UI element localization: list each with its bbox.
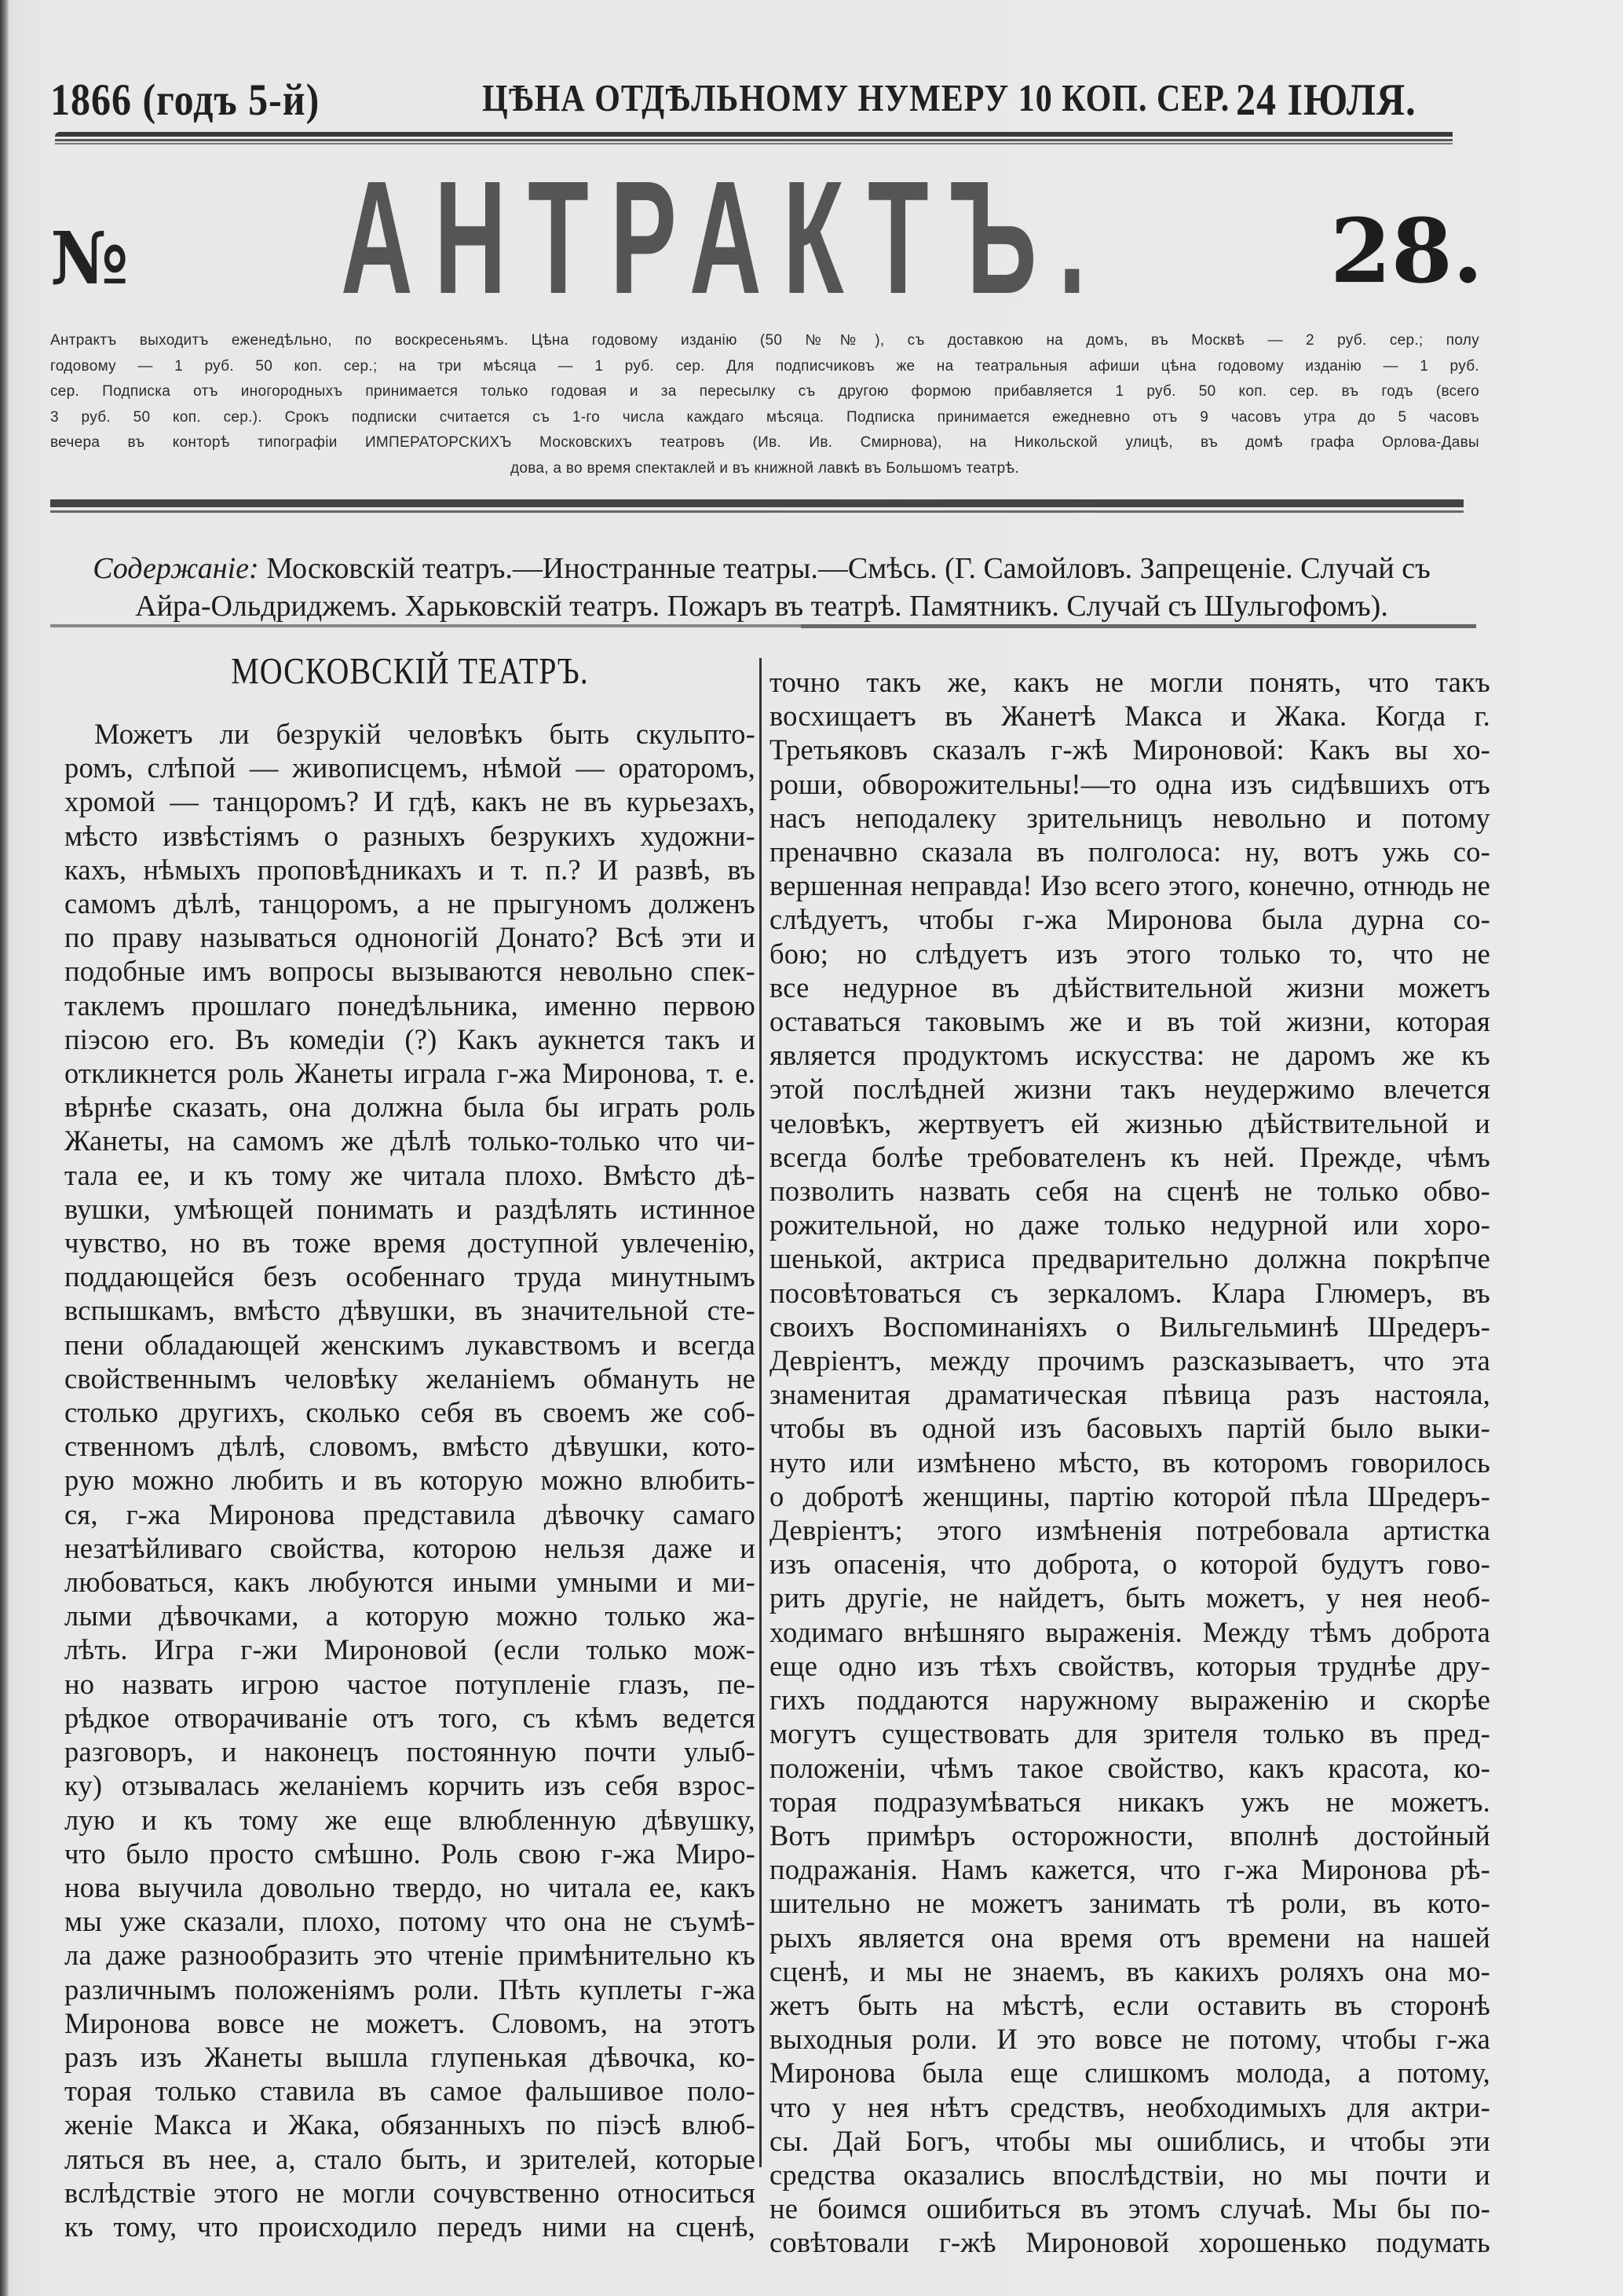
article-line: является продуктомъ искусства: не даромъ… — [769, 1038, 1490, 1072]
article-line: ромъ, слѣпой — живописцемъ, нѣмой — орат… — [64, 751, 755, 784]
article-line: кахъ, нѣмыхъ проповѣдникахъ и т. п.? И р… — [64, 853, 755, 887]
article-heading: МОСКОВСКІЙ ТЕАТРЪ. — [64, 643, 755, 700]
notice-line: сер. Подписка отъ иногородныхъ принимает… — [50, 379, 1479, 405]
newspaper-title: АНТРАКТЪ. — [341, 157, 1107, 318]
article-line: ляться въ нее, а, стало быть, и зрителей… — [64, 2142, 755, 2176]
article-line: гихъ поддаются наружному выраженію и ско… — [769, 1683, 1490, 1717]
notice-line: вечера въ конторѣ типографіи ИМПЕРАТОРСК… — [50, 430, 1479, 456]
article-line: пени обладающей женскимъ лукавствомъ и в… — [64, 1328, 755, 1362]
article-line: точно такъ же, какъ не могли понять, что… — [769, 665, 1490, 699]
article-line: Третьяковъ сказалъ г-жѣ Мироновой: Какъ … — [769, 733, 1490, 766]
article-line: нуто или измѣнено мѣсто, въ которомъ гов… — [769, 1446, 1490, 1479]
issue-price: ЦѢНА ОТДѢЛЬНОМУ НУМЕРУ 10 КОП. СЕР. — [482, 68, 1230, 131]
article-line: женіе Макса и Жака, обязанныхъ по піэсѣ … — [64, 2108, 755, 2141]
contents-line-1: Содержаніе: Московскій театръ.—Иностранн… — [63, 550, 1460, 587]
article-line: столько другихъ, сколько себя въ своемъ … — [64, 1395, 755, 1429]
article-line: что было просто смѣшно. Роль свою г-жа М… — [64, 1837, 755, 1870]
article-line: могутъ существовать для зрителя только в… — [769, 1717, 1490, 1750]
article-line: слѣдуетъ, чтобы г-жа Миронова была дурна… — [769, 902, 1490, 936]
article-line: ку) отзывалась желаніемъ корчить изъ себ… — [64, 1768, 755, 1802]
article-line: ственномъ дѣлѣ, словомъ, вмѣсто дѣвушки,… — [64, 1429, 755, 1463]
article-line: Миронова вовсе не можетъ. Словомъ, на эт… — [64, 2006, 755, 2040]
article-line: тала ее, и къ тому же читала плохо. Вмѣс… — [64, 1158, 755, 1192]
article-line: но назвать игрою частое потупленіе глазъ… — [64, 1667, 755, 1701]
article-line: сы. Дай Богъ, чтобы мы ошиблись, и чтобы… — [769, 2124, 1490, 2158]
article-line: торая подразумѣваться никакъ ужъ не може… — [769, 1785, 1490, 1819]
column-divider — [759, 658, 762, 2167]
article-line: Девріентъ, между прочимъ разсказываетъ, … — [769, 1344, 1490, 1377]
article-line: незатѣйливаго свойства, которою нельзя д… — [64, 1531, 755, 1565]
article-line: откликнется роль Жанеты играла г-жа Миро… — [64, 1056, 755, 1090]
article-line: человѣкъ, жертвуетъ ей жизнью дѣйствител… — [769, 1106, 1490, 1140]
article-line: нова выучила довольно твердо, но читала … — [64, 1870, 755, 1904]
article-line: самомъ дѣлѣ, танцоромъ, а не прыгуномъ д… — [64, 887, 755, 920]
article-line: мѣсто извѣстіямъ о разныхъ безрукихъ худ… — [64, 819, 755, 853]
table-of-contents: Содержаніе: Московскій театръ.—Иностранн… — [63, 550, 1460, 625]
article-line: разговоръ, и наконецъ постоянную почти у… — [64, 1735, 755, 1768]
issue-date: 24 ІЮЛЯ. — [1236, 68, 1416, 131]
divider-rule-thin — [50, 510, 1464, 513]
contents-label: Содержаніе: — [93, 552, 259, 585]
article-line: подобные имъ вопросы вызываются невольно… — [64, 954, 755, 988]
article-line: бою; но слѣдуетъ изъ этого только то, чт… — [769, 937, 1490, 971]
article-line: мы уже сказали, плохо, потому что она не… — [64, 1904, 755, 1938]
issue-number: 28. — [1330, 200, 1483, 303]
notice-line: Антрактъ выходитъ еженедѣльно, по воскре… — [50, 328, 1479, 354]
article-line: любоваться, какъ любуются иными умными и… — [64, 1565, 755, 1599]
article-line: ходимаго внѣшняго выраженія. Между тѣмъ … — [769, 1615, 1490, 1649]
article-line: оставаться таковымъ же и въ той жизни, к… — [769, 1004, 1490, 1038]
article-line: рожительной, но даже только недурной или… — [769, 1208, 1490, 1241]
header-rule — [55, 132, 1453, 146]
article-line: вушки, умѣющей понимать и раздѣлять исти… — [64, 1192, 755, 1226]
article-line: піэсою его. Въ комедіи (?) Какъ аукнется… — [64, 1022, 755, 1056]
article-line: рую можно любить и въ которую можно влюб… — [64, 1463, 755, 1497]
subscription-notice: Антрактъ выходитъ еженедѣльно, по воскре… — [50, 328, 1479, 481]
article-line: рѣдкое отворачиваніе отъ того, съ кѣмъ в… — [64, 1701, 755, 1735]
article-line: торая только ставила въ самое фальшивое … — [64, 2074, 755, 2108]
article-line: всегда болѣе требователенъ къ ней. Прежд… — [769, 1140, 1490, 1174]
article-line: подражанія. Намъ кажется, что г-жа Мирон… — [769, 1852, 1490, 1886]
article-line: Можетъ ли безрукій человѣкъ быть скульпт… — [64, 717, 755, 751]
article-line: знаменитая драматическая пѣвица разъ нас… — [769, 1377, 1490, 1411]
article-line: ла даже разнообразить это чтеніе примѣни… — [64, 1938, 755, 1972]
article-line: все недурное въ дѣйствительной жизни мож… — [769, 971, 1490, 1004]
article-line: Девріентъ; этого измѣненія потребовала а… — [769, 1513, 1490, 1547]
article-line: посовѣтоваться съ зеркаломъ. Клара Глюме… — [769, 1276, 1490, 1310]
notice-line: дова, а во время спектаклей и въ книжной… — [50, 456, 1479, 482]
article-line: восхищаетъ въ Жанетѣ Макса и Жака. Когда… — [769, 699, 1490, 733]
article-column-right: точно такъ же, какъ не могли понять, что… — [769, 640, 1490, 2260]
article-line: Миронова была еще слишкомъ молода, а пот… — [769, 2056, 1490, 2089]
article-line: не боимся ошибиться въ этомъ случаѣ. Мы … — [769, 2192, 1490, 2225]
masthead: № АНТРАКТЪ. 28. — [50, 169, 1479, 318]
article-line: къ тому, что происходило передъ ними на … — [64, 2210, 755, 2243]
article-line: роши, обворожительны!—то одна изъ сидѣвш… — [769, 767, 1490, 801]
article-line: лую и къ тому же еще влюбленную дѣвушку, — [64, 1803, 755, 1837]
article-line: поддающейся безъ особеннаго труда минутн… — [64, 1260, 755, 1293]
article-line: лѣть. Игра г-жи Мироновой (если только м… — [64, 1632, 755, 1666]
article-line: выходныя роли. И это вовсе не потому, чт… — [769, 2022, 1490, 2056]
article-line: своихъ Воспоминаніяхъ о Вильгельминѣ Шре… — [769, 1310, 1490, 1344]
article-line: жетъ быть на мѣстѣ, если оставить въ сто… — [769, 1988, 1490, 2022]
article-line: вершенная неправда! Изо всего этого, кон… — [769, 868, 1490, 902]
article-line: позволить назвать себя на сценѣ не тольк… — [769, 1174, 1490, 1208]
contents-rule-right — [801, 624, 1476, 628]
article-line: таклемъ прошлаго понедѣльника, именно пе… — [64, 989, 755, 1022]
article-line: вспышкамъ, вмѣсто дѣвушки, въ значительн… — [64, 1293, 755, 1327]
article-line: рить другіе, не найдетъ, быть можетъ, у … — [769, 1581, 1490, 1614]
notice-line: годовому — 1 руб. 50 коп. сер.; на три м… — [50, 354, 1479, 380]
article-line: насъ неподалеку зрительницъ невольно и п… — [769, 801, 1490, 835]
article-line: о добротѣ женщины, партію которой пѣла Ш… — [769, 1479, 1490, 1513]
article-line: совѣтовали г-жѣ Мироновой хорошенько под… — [769, 2225, 1490, 2259]
article-line: положеніи, чѣмъ такое свойство, какъ кра… — [769, 1751, 1490, 1785]
header-line: 1866 (годъ 5-й) ЦѢНА ОТДѢЛЬНОМУ НУМЕРУ 1… — [50, 68, 1432, 131]
article-line: этой послѣдней жизни такъ неудержимо вле… — [769, 1072, 1490, 1106]
article-line: по праву называться одноногій Донато? Вс… — [64, 920, 755, 954]
article-line: преначвно сказала въ полголоса: ну, вотъ… — [769, 835, 1490, 868]
divider-rule — [50, 499, 1464, 507]
article-line: лыми дѣвочками, а которую можно только ж… — [64, 1599, 755, 1632]
article-line: разъ изъ Жанеты вышла глупенькая дѣвочка… — [64, 2040, 755, 2074]
article-column-left: МОСКОВСКІЙ ТЕАТРЪ. Можетъ ли безрукій че… — [64, 640, 755, 2243]
article-line: хромой — танцоромъ? И гдѣ, какъ не въ ку… — [64, 784, 755, 818]
article-line: чтобы въ одной изъ басовыхъ партій было … — [769, 1411, 1490, 1445]
page-margin — [1505, 0, 1623, 2296]
article-line: вѣрнѣе сказать, она должна была бы играт… — [64, 1090, 755, 1124]
article-line: различнымъ положеніямъ роли. Пѣть куплет… — [64, 1972, 755, 2006]
newspaper-page: 1866 (годъ 5-й) ЦѢНА ОТДѢЛЬНОМУ НУМЕРУ 1… — [0, 0, 1623, 2296]
article-line: шенькой, актриса предварительно должна п… — [769, 1241, 1490, 1275]
article-line: чувство, но въ тоже время доступной увле… — [64, 1226, 755, 1260]
article-line: Вотъ примѣръ осторожности, вполнѣ достой… — [769, 1819, 1490, 1852]
publication-year: 1866 (годъ 5-й) — [50, 68, 320, 131]
article-line: вслѣдствіе этого не могли сочувственно о… — [64, 2176, 755, 2210]
notice-line: 3 руб. 50 коп. сер.). Срокъ подписки счи… — [50, 405, 1479, 431]
article-line: средства оказались впослѣдствіи, но мы п… — [769, 2158, 1490, 2192]
article-line: Жанеты, на самомъ же дѣлѣ только-только … — [64, 1124, 755, 1157]
numero-sign: № — [50, 216, 126, 301]
article-line: изъ опасенія, что доброта, о которой буд… — [769, 1547, 1490, 1581]
scan-edge-shadow — [0, 0, 9, 2296]
article-line: еще одно изъ тѣхъ свойствъ, которыя труд… — [769, 1649, 1490, 1683]
article-line: сценѣ, и мы не знаемъ, въ какихъ роляхъ … — [769, 1954, 1490, 1988]
article-line: ся, г-жа Миронова представила дѣвочку са… — [64, 1497, 755, 1531]
article-line: рыхъ является она время отъ времени на н… — [769, 1921, 1490, 1954]
article-line: свойственнымъ человѣку желаніемъ обманут… — [64, 1362, 755, 1395]
article-line: шительно не можетъ занимать тѣ роли, въ … — [769, 1886, 1490, 1920]
article-line: что у нея нѣтъ средствъ, необходимыхъ дл… — [769, 2090, 1490, 2124]
contents-line-2: Айра-Ольдриджемъ. Харьковскій театръ. По… — [63, 587, 1460, 625]
